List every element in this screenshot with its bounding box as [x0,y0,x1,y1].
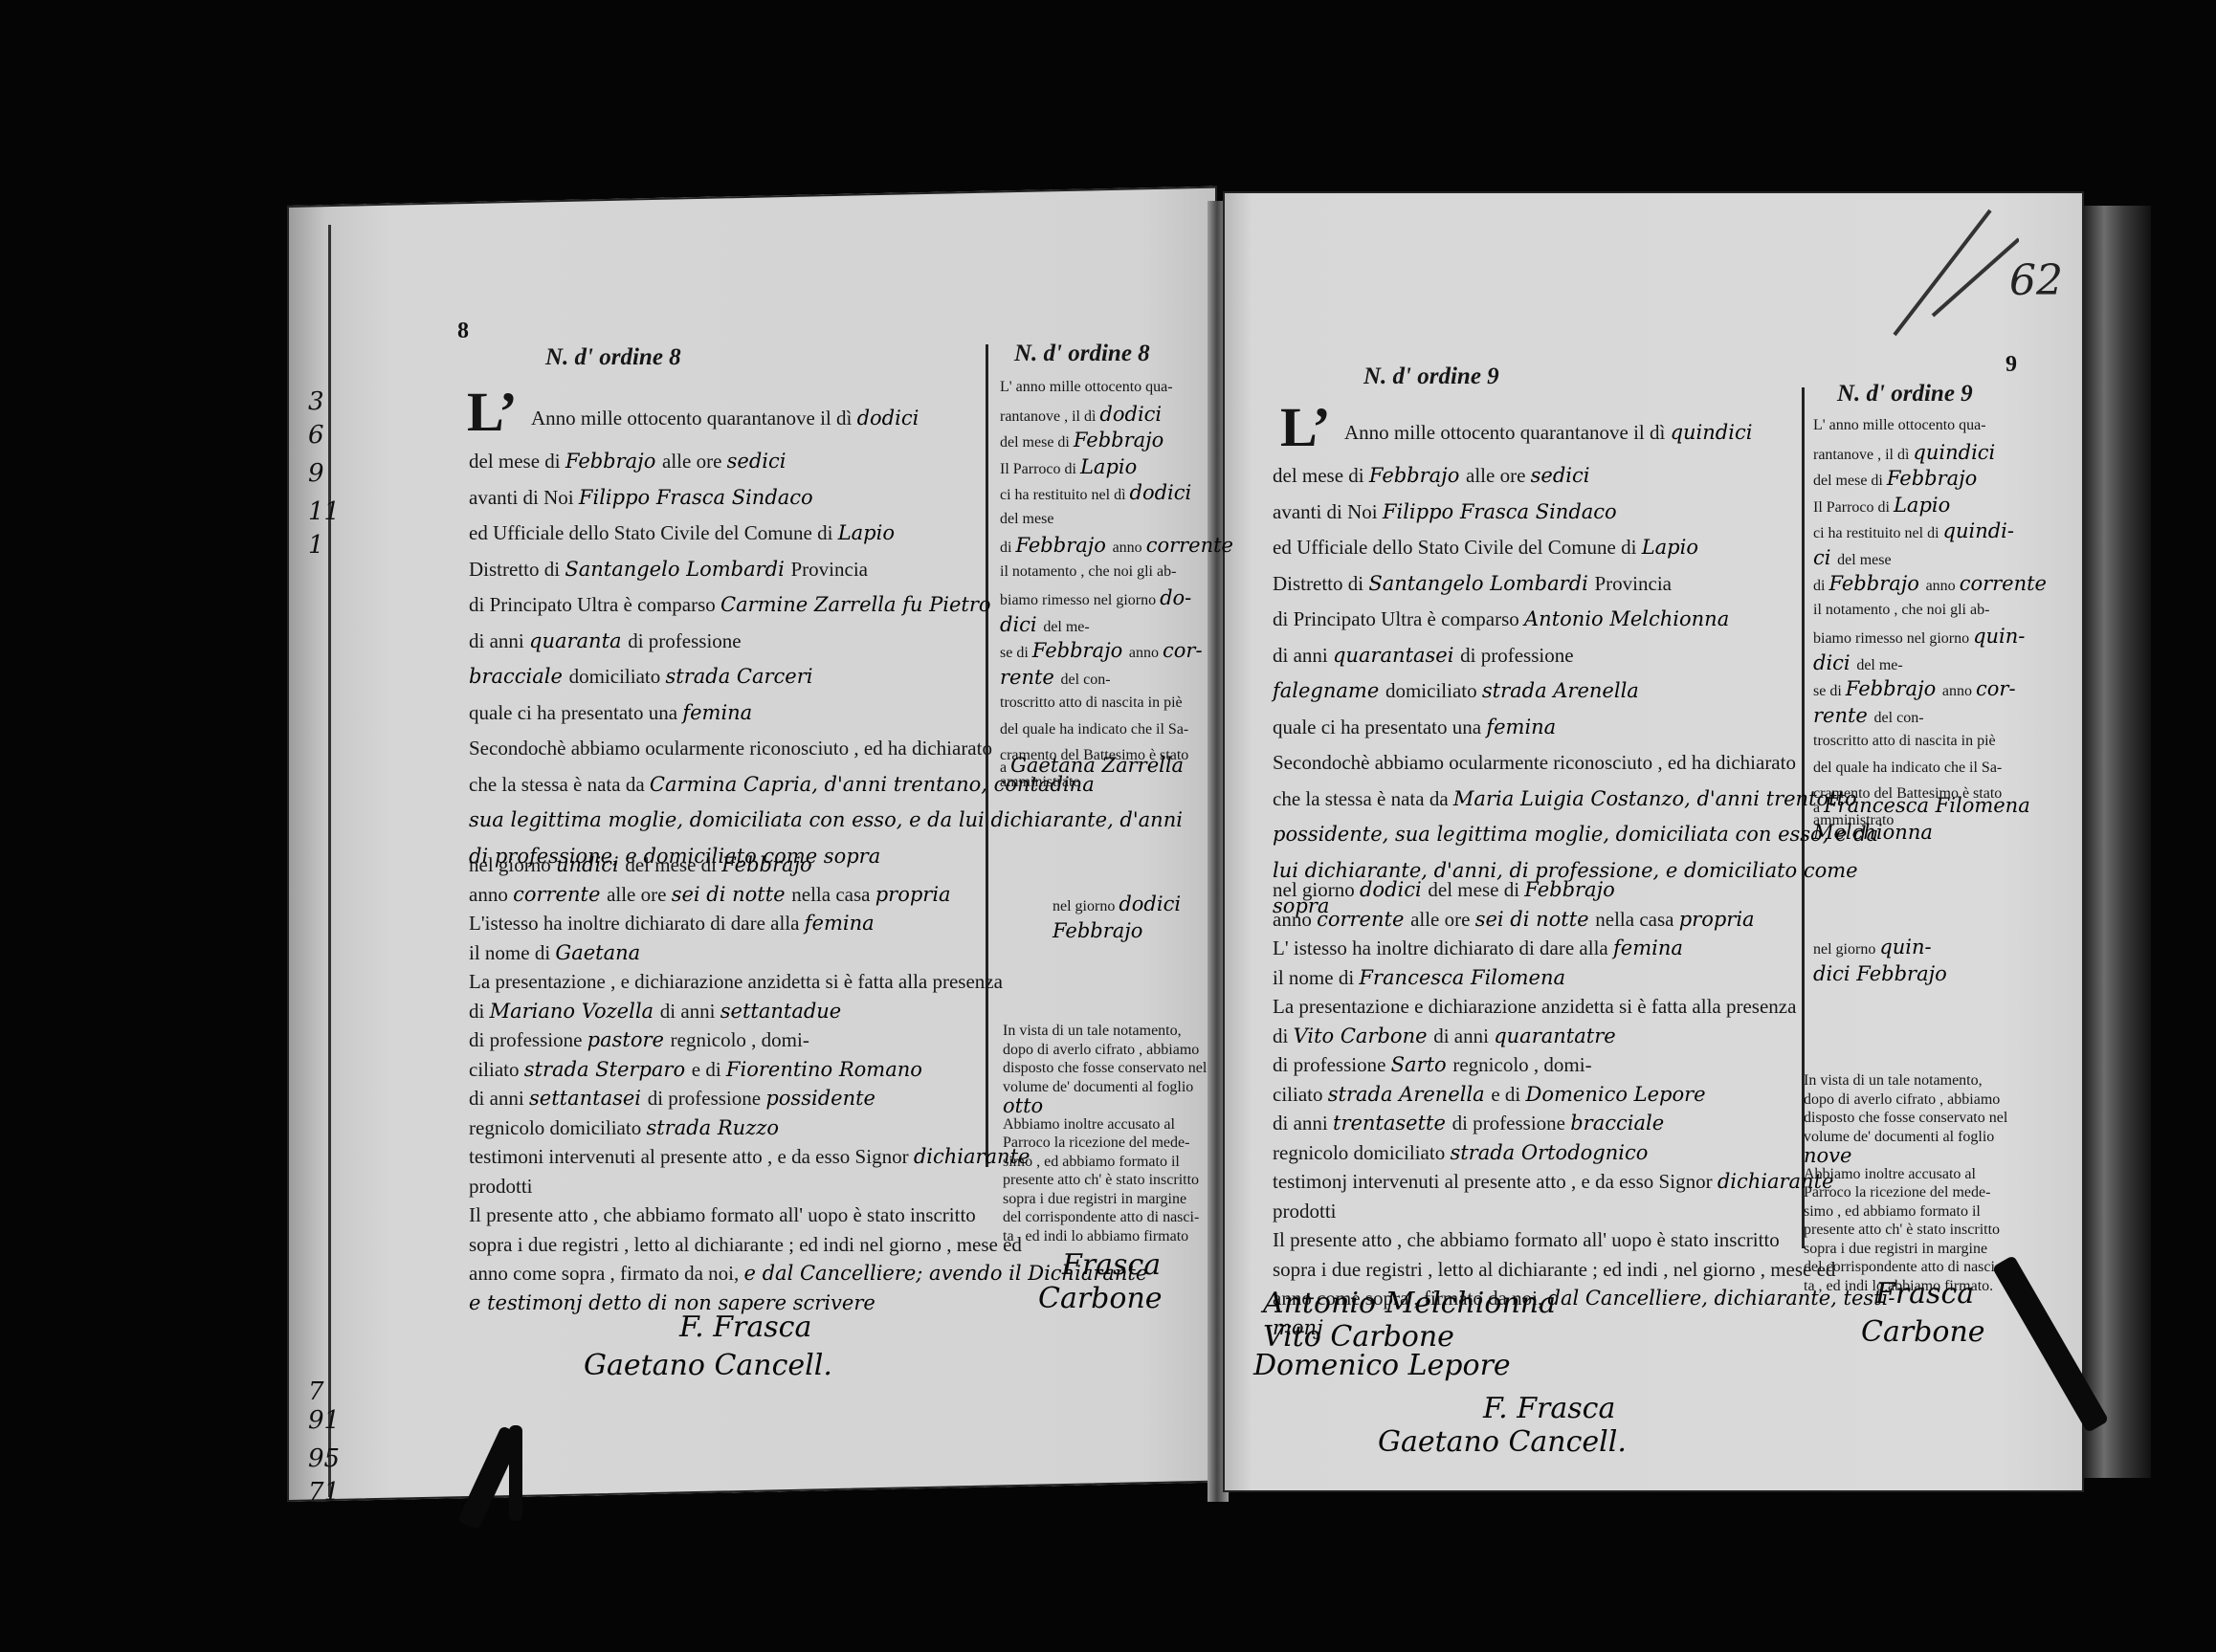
handwritten-entry: sei di notte [672,883,792,906]
register-line: del mese di Febbrajo [1813,469,1977,491]
handwritten-entry: Filippo Frasca Sindaco [1383,500,1617,523]
printed-text: L' anno mille ottocento qua- [1000,379,1173,395]
register-line: ed Ufficiale dello Stato Civile del Comu… [469,521,895,544]
printed-text: alle ore [1410,908,1475,931]
margin-number: 11 [308,497,340,526]
handwritten-entry: dodici [857,407,920,430]
register-line: Distretto di Santangelo Lombardi Provinc… [469,558,868,581]
handwritten-entry: Sarto [1391,1053,1453,1076]
register-line: ci del mese [1813,548,1892,570]
register-line: il nome di Gaetana [469,941,640,964]
handwritten-entry: femina [682,701,752,724]
handwritten-entry: cor- [1163,639,1203,662]
handwritten-entry: quin- [1879,936,1931,958]
handwritten-entry: Maria Luigia Costanzo, d'anni trentotto [1453,787,1857,810]
printed-text: sopra i due registri , letto al dichiara… [1273,1258,1835,1281]
printed-text: ed Ufficiale dello Stato Civile del Comu… [1273,536,1642,559]
printed-text: del mese di [1428,878,1524,901]
handwritten-entry: Francesca Filomena [1359,966,1565,989]
register-line: regnicolo domiciliato strada Ruzzo [469,1116,779,1139]
printed-text: del con- [1874,710,1924,726]
handwritten-entry: quaranta [529,629,628,652]
printed-text: sopra i due registri , letto al dichiara… [469,1233,1022,1256]
register-line: ed Ufficiale dello Stato Civile del Comu… [1273,536,1698,559]
handwritten-entry: quarantasei [1333,644,1460,667]
handwritten-entry: quindici [1671,421,1753,444]
register-line: Abbiamo inoltre accusato al [1804,1165,1976,1184]
printed-text: del mese di [469,450,565,473]
printed-text: alle ore [662,450,727,473]
handwritten-entry: bracciale [1570,1112,1664,1134]
register-line: sopra i due registri , letto al dichiara… [469,1233,1022,1256]
signature: F. Frasca [679,1311,811,1344]
register-line: il notamento , che noi gli ab- [1813,601,1989,620]
handwritten-entry: Febbrajo [565,450,662,473]
register-line: del mese di Febbrajo [1000,430,1163,452]
printed-text: dopo di averlo cifrato , abbiamo [1003,1042,1199,1058]
register-line: sopra i due registri in margine [1804,1240,1987,1259]
register-line: L' istesso ha inoltre dichiarato di dare… [1273,936,1683,959]
printed-text: Anno mille ottocento quarantanove il dì [531,407,857,430]
signature: Antonio Melchionna [1263,1287,1556,1320]
printed-text: di professione [1273,1053,1391,1076]
printed-text: In vista di un tale notamento, [1003,1023,1182,1039]
printed-text: di Principato Ultra è comparso [1273,607,1524,630]
register-line: anno corrente alle ore sei di notte nell… [1273,908,1755,931]
handwritten-entry: dici [1000,613,1043,636]
register-line: dici Febbrajo [1813,964,1947,986]
printed-text: nel giorno [1813,941,1879,958]
printed-text: se di [1813,683,1846,699]
handwritten-entry: sua legittima moglie, domiciliata con es… [469,808,1183,831]
handwritten-entry: possidente [765,1087,875,1110]
printed-text: Secondochè abbiamo ocularmente riconosci… [1273,751,1796,774]
register-line: simo , ed abbiamo formato il [1804,1202,1981,1222]
handwritten-entry: dodici [1099,403,1162,426]
handwritten-entry: strada Sterparo [524,1058,692,1081]
printed-text: testimoni intervenuti al presente atto ,… [469,1145,914,1168]
handwritten-entry: possidente, sua legittima moglie, domici… [1273,823,1878,846]
printed-text: di Principato Ultra è comparso [469,593,720,616]
register-line: Il presente atto , che abbiamo formato a… [469,1203,976,1226]
handwritten-entry: dodici [1119,892,1181,915]
handwritten-entry: Francesca Filomena [1824,794,2030,817]
handwritten-entry: trentasette [1333,1112,1452,1134]
handwritten-entry: bracciale [469,665,569,688]
register-line: possidente, sua legittima moglie, domici… [1273,823,1878,846]
page-edges [2084,206,2151,1478]
handwritten-entry: strada Arenella [1482,679,1639,702]
handwritten-entry: Febbrajo [1053,919,1142,942]
printed-text: a [1813,800,1824,816]
register-line: In vista di un tale notamento, [1003,1022,1182,1041]
printed-text: alle ore [607,883,672,906]
handwritten-entry: strada Ortodognico [1450,1141,1648,1164]
printed-text: del mese [1000,511,1053,527]
printed-text: Distretto di [1273,572,1368,595]
printed-text: di professione [469,1028,587,1051]
register-line: Anno mille ottocento quarantanove il dì … [531,407,919,430]
handwritten-entry: Febbrajo [1032,639,1129,662]
printed-text: Abbiamo inoltre accusato al [1804,1166,1976,1182]
pen-tip-left [509,1425,522,1521]
register-line: rantanove , il dì dodici [1000,405,1162,427]
printed-text: Il presente atto , che abbiamo formato a… [469,1203,976,1226]
printed-text: regnicolo domiciliato [469,1116,646,1139]
printed-text: La presentazione e dichiarazione anzidet… [1273,995,1796,1018]
signature: Carbone [1861,1315,1985,1349]
handwritten-entry: Filippo Frasca Sindaco [579,486,813,509]
register-line: troscritto atto di nascita in piè [1813,732,1996,751]
printed-text: di professione [1452,1112,1571,1134]
handwritten-entry: propria [1679,908,1755,931]
register-line: ciliato strada Arenella e di Domenico Le… [1273,1083,1706,1106]
register-line: La presentazione e dichiarazione anzidet… [1273,995,1796,1018]
handwritten-entry: quindi- [1943,519,2014,542]
handwritten-entry: Mariano Vozella [490,1000,660,1023]
printed-text: dopo di averlo cifrato , abbiamo [1804,1091,2000,1108]
handwritten-entry: rente [1000,666,1061,689]
register-line: quale ci ha presentato una femina [469,701,752,724]
register-line: bracciale domiciliato strada Carceri [469,665,812,688]
printed-text: simo , ed abbiamo formato il [1804,1203,1981,1220]
register-line: del quale ha indicato che il Sa- [1813,759,2002,778]
register-line: rantanove , il dì quindici [1813,443,1995,465]
printed-text: il nome di [469,941,555,964]
handwritten-entry: ci [1813,546,1837,569]
register-line: sopra i due registri in margine [1003,1190,1186,1209]
printed-text: presente atto ch' è stato inscritto [1003,1172,1199,1188]
handwritten-entry: e testimonj detto di non sapere scrivere [469,1291,875,1314]
handwritten-entry: Lapio [1894,494,1950,517]
act-9-heading: N. d' ordine 9 [1363,365,1499,388]
printed-text: ciliato [469,1058,524,1081]
register-line: testimoni intervenuti al presente atto ,… [469,1145,1030,1168]
printed-text: disposto che fosse conservato nel [1804,1110,2007,1126]
handwritten-entry: sei di notte [1475,908,1596,931]
printed-text: volume de' documenti al foglio [1804,1129,1994,1145]
register-line: Parroco la ricezione del mede- [1804,1183,1990,1202]
register-line: Anno mille ottocento quarantanove il dì … [1344,421,1752,444]
handwritten-entry: Santangelo Lombardi [1368,572,1594,595]
printed-text: di anni [1273,1112,1333,1134]
act-8-heading: N. d' ordine 8 [545,346,681,369]
register-line: di Vito Carbone di anni quarantatre [1273,1024,1616,1047]
register-line: L' anno mille ottocento qua- [1813,416,1986,435]
handwritten-entry: Febbrajo [1524,878,1614,901]
register-line: L' anno mille ottocento qua- [1000,378,1173,397]
register-line: dopo di averlo cifrato , abbiamo [1003,1041,1199,1060]
handwritten-entry: Gaetana [555,941,640,964]
printed-text: del corrispondente atto di nasci- [1804,1259,2000,1275]
register-line: rente del con- [1000,668,1111,690]
printed-text: nella casa [1595,908,1678,931]
printed-text: volume de' documenti al foglio [1003,1079,1193,1095]
handwritten-entry: quarantatre [1494,1024,1615,1047]
register-line: ci ha restituito nel di quindi- [1813,521,2014,543]
page-number-left: 8 [457,319,469,344]
printed-text: anno [1942,683,1976,699]
printed-text: rantanove , il dì [1813,447,1913,463]
printed-text: Anno mille ottocento quarantanove il dì [1344,421,1671,444]
register-line: del corrispondente atto di nasci- [1003,1208,1199,1227]
printed-text: di professione [628,629,741,652]
handwritten-entry: nove [1804,1144,1851,1167]
printed-text: biamo rimesso nel giorno [1813,630,1973,647]
act-9-side-heading: N. d' ordine 9 [1837,383,1973,406]
printed-text: del mese di [625,853,721,876]
handwritten-entry: Lapio [1080,455,1137,478]
printed-text: biamo rimesso nel giorno [1000,592,1160,608]
register-line: biamo rimesso nel giorno do- [1000,588,1191,610]
handwritten-entry: settantadue [720,1000,841,1023]
register-line: La presentazione , e dichiarazione anzid… [469,970,1003,993]
handwritten-entry: corrente [1146,534,1233,557]
printed-text: disposto che fosse conservato nel [1003,1060,1207,1076]
printed-text: presente atto ch' è stato inscritto [1804,1222,2000,1238]
register-line: disposto che fosse conservato nel [1003,1059,1207,1078]
printed-text: quale ci ha presentato una [1273,716,1486,738]
margin-number: 91 [308,1406,340,1435]
printed-text: a [1000,760,1010,776]
printed-text: ciliato [1273,1083,1328,1106]
printed-text: che la stessa è nata da [1273,787,1453,810]
register-line: sua legittima moglie, domiciliata con es… [469,808,1183,831]
register-line: Il Parroco di Lapio [1813,496,1950,518]
register-line: che la stessa è nata da Maria Luigia Cos… [1273,787,1857,810]
printed-text: troscritto atto di nascita in piè [1000,694,1183,711]
register-line: del mese di Febbrajo alle ore sedici [469,450,786,473]
register-line: L'istesso ha inoltre dichiarato di dare … [469,912,875,935]
pencil-scribble-icon [1875,201,2019,344]
register-line: In vista di un tale notamento, [1804,1071,1983,1090]
printed-text: di anni [469,1087,529,1110]
printed-text: di [1273,1024,1294,1047]
printed-text: nella casa [791,883,875,906]
printed-text: di [469,1000,490,1023]
register-line: Melchionna [1813,823,1933,845]
printed-text: il notamento , che noi gli ab- [1813,602,1989,618]
handwritten-entry: Gaetana Zarrella [1010,754,1184,777]
handwritten-entry: Febbrajo [1846,677,1942,700]
register-line: Febbrajo [1053,921,1142,943]
handwritten-entry: pastore [587,1028,671,1051]
signature: Gaetano Cancell. [584,1349,832,1382]
printed-text: Abbiamo inoltre accusato al [1003,1116,1175,1133]
signature: Frasca [1875,1277,1974,1311]
register-line: regnicolo domiciliato strada Ortodognico [1273,1141,1648,1164]
handwritten-entry: femina [805,912,875,935]
margin-number: 3 [308,387,324,416]
margin-number: 1 [308,531,324,560]
margin-number: 9 [308,459,324,488]
handwritten-entry: Lapio [1642,536,1698,559]
handwritten-entry: falegname [1273,679,1385,702]
printed-text: regnicolo , domi- [1452,1053,1591,1076]
handwritten-entry: Melchionna [1813,821,1933,844]
margin-number: 6 [308,421,324,450]
printed-text: del corrispondente atto di nasci- [1003,1209,1199,1225]
printed-text: di anni [469,629,529,652]
register-line: di anni settantasei di professione possi… [469,1087,875,1110]
handwritten-entry: Febbrajo [1887,467,1977,490]
act-8-side-heading: N. d' ordine 8 [1014,342,1150,365]
printed-text: anno [1926,578,1960,594]
register-line: di Febbrajo anno corrente [1000,536,1233,558]
printed-text: e di [1491,1083,1525,1106]
handwritten-entry: femina [1486,716,1556,738]
handwritten-entry: femina [1613,936,1683,959]
register-line: Secondochè abbiamo ocularmente riconosci… [1273,751,1796,774]
register-line: del corrispondente atto di nasci- [1804,1258,2000,1277]
printed-text: del me- [1043,619,1089,635]
handwritten-entry: corrente [1317,908,1410,931]
printed-text: di anni [1273,644,1333,667]
handwritten-entry: undici [556,853,625,876]
signature: F. Frasca [1483,1392,1615,1425]
printed-text: L'istesso ha inoltre dichiarato di dare … [469,912,805,935]
printed-text: sopra i due registri in margine [1804,1241,1987,1257]
printed-text: il notamento , che noi gli ab- [1000,563,1176,580]
printed-text: Parroco la ricezione del mede- [1804,1184,1990,1200]
printed-text: avanti di Noi [1273,500,1383,523]
signature: Gaetano Cancell. [1378,1425,1627,1459]
handwritten-entry: Febbrajo [721,853,811,876]
printed-text: ta , ed indi lo abbiamo firmato [1003,1228,1188,1245]
handwritten-entry: Febbrajo [1828,572,1925,595]
printed-text: anno [1273,908,1317,931]
printed-text: domiciliato [569,665,666,688]
handwritten-entry: Lapio [838,521,895,544]
handwritten-entry: dici Febbrajo [1813,962,1947,985]
page-number-right: 9 [2005,352,2017,378]
printed-text: anno [1129,645,1163,661]
printed-text: nel giorno [1273,878,1360,901]
register-line: disposto che fosse conservato nel [1804,1109,2007,1128]
register-line: del mese [1000,510,1053,529]
printed-text: nel giorno [469,853,556,876]
printed-text: simo , ed abbiamo formato il [1003,1154,1180,1170]
register-line: Parroco la ricezione del mede- [1003,1134,1189,1153]
printed-text: rantanove , il dì [1000,408,1099,425]
register-line: Il presente atto , che abbiamo formato a… [1273,1228,1780,1251]
handwritten-entry: settantasei [529,1087,648,1110]
handwritten-entry: Febbrajo [1074,429,1163,452]
printed-text: di [1000,540,1015,556]
printed-text: ed Ufficiale dello Stato Civile del Comu… [469,521,838,544]
handwritten-entry: quindici [1913,441,1995,464]
register-line: a Gaetana Zarrella [1000,756,1184,778]
register-line: di anni quaranta di professione [469,629,742,652]
printed-text: Provincia [1595,572,1672,595]
handwritten-entry: dodici [1130,481,1192,504]
printed-text: del mese [1837,552,1891,568]
register-line: se di Febbrajo anno cor- [1813,679,2016,701]
margin-number: 7 [308,1377,324,1406]
printed-text: anno [1113,540,1146,556]
printed-text: del me- [1856,657,1902,673]
register-line: Secondochè abbiamo ocularmente riconosci… [469,737,992,760]
printed-text: domiciliato [1385,679,1482,702]
register-line: di Febbrajo anno corrente [1813,574,2047,596]
handwritten-entry: Fiorentino Romano [726,1058,922,1081]
register-line: troscritto atto di nascita in piè [1000,694,1183,713]
register-line: nel giorno undici del mese di Febbrajo [469,853,812,876]
signature: Domenico Lepore [1253,1349,1511,1382]
register-line: ciliato strada Sterparo e di Fiorentino … [469,1058,922,1081]
handwritten-entry: dodici [1360,878,1428,901]
register-line: di professione pastore regnicolo , domi- [469,1028,809,1051]
printed-text: del mese di [1813,473,1887,489]
register-line: prodotti [1273,1200,1337,1222]
printed-text: ci ha restituito nel dì [1000,487,1130,503]
printed-text: anno come sopra , firmato da noi, [469,1262,744,1285]
printed-text: quale ci ha presentato una [469,701,682,724]
register-line: avanti di Noi Filippo Frasca Sindaco [1273,500,1617,523]
printed-text: Il presente atto , che abbiamo formato a… [1273,1228,1780,1251]
handwritten-entry: otto [1003,1094,1043,1117]
printed-text: troscritto atto di nascita in piè [1813,733,1996,749]
register-line: del quale ha indicato che il Sa- [1000,720,1188,739]
register-line: del mese di Febbrajo alle ore sedici [1273,464,1589,487]
register-line: prodotti [469,1175,533,1198]
register-line: ci ha restituito nel dì dodici [1000,483,1191,505]
printed-text: prodotti [1273,1200,1337,1222]
register-line: sopra i due registri , letto al dichiara… [1273,1258,1835,1281]
printed-text: del mese di [1273,464,1369,487]
register-line: di anni trentasette di professione bracc… [1273,1112,1664,1134]
register-line: e testimonj detto di non sapere scrivere [469,1291,875,1314]
printed-text: del quale ha indicato che il Sa- [1000,721,1188,738]
register-line: presente atto ch' è stato inscritto [1804,1221,2000,1240]
register-line: di anni quarantasei di professione [1273,644,1574,667]
handwritten-entry: sedici [1531,464,1590,487]
printed-text: se di [1000,645,1032,661]
handwritten-entry: dici [1813,651,1856,674]
printed-text: regnicolo , domi- [671,1028,809,1051]
printed-text: del con- [1061,672,1111,688]
register-line: dopo di averlo cifrato , abbiamo [1804,1090,2000,1110]
handwritten-entry: do- [1160,586,1191,609]
handwritten-entry: Carmine Zarrella fu Pietro [720,593,991,616]
register-line: dici del me- [1000,615,1090,637]
printed-text: di professione [648,1087,766,1110]
register-line: di Principato Ultra è comparso Carmine Z… [469,593,991,616]
signature: Carbone [1038,1282,1163,1315]
handwritten-entry: corrente [513,883,607,906]
register-line: di Principato Ultra è comparso Antonio M… [1273,607,1729,630]
printed-text: regnicolo domiciliato [1273,1141,1450,1164]
printed-text: L' istesso ha inoltre dichiarato di dare… [1273,936,1613,959]
printed-text: Il Parroco di [1000,461,1080,477]
handwritten-entry: Febbrajo [1015,534,1112,557]
register-line: presente atto ch' è stato inscritto [1003,1171,1199,1190]
printed-text: sopra i due registri in margine [1003,1191,1186,1207]
printed-text: Il Parroco di [1813,499,1894,516]
handwritten-entry: Domenico Lepore [1526,1083,1706,1106]
printed-text: Provincia [791,558,868,581]
signature: Frasca [1062,1248,1161,1282]
register-line: simo , ed abbiamo formato il [1003,1153,1180,1172]
printed-text: e di [692,1058,726,1081]
register-line: a Francesca Filomena [1813,796,2030,818]
handwritten-entry: Vito Carbone [1294,1024,1434,1047]
printed-text: del mese di [1000,434,1074,451]
printed-text: In vista di un tale notamento, [1804,1072,1983,1089]
register-line: se di Febbrajo anno cor- [1000,641,1203,663]
drop-cap-l-left: L’ [467,385,518,440]
printed-text: Parroco la ricezione del mede- [1003,1134,1189,1151]
